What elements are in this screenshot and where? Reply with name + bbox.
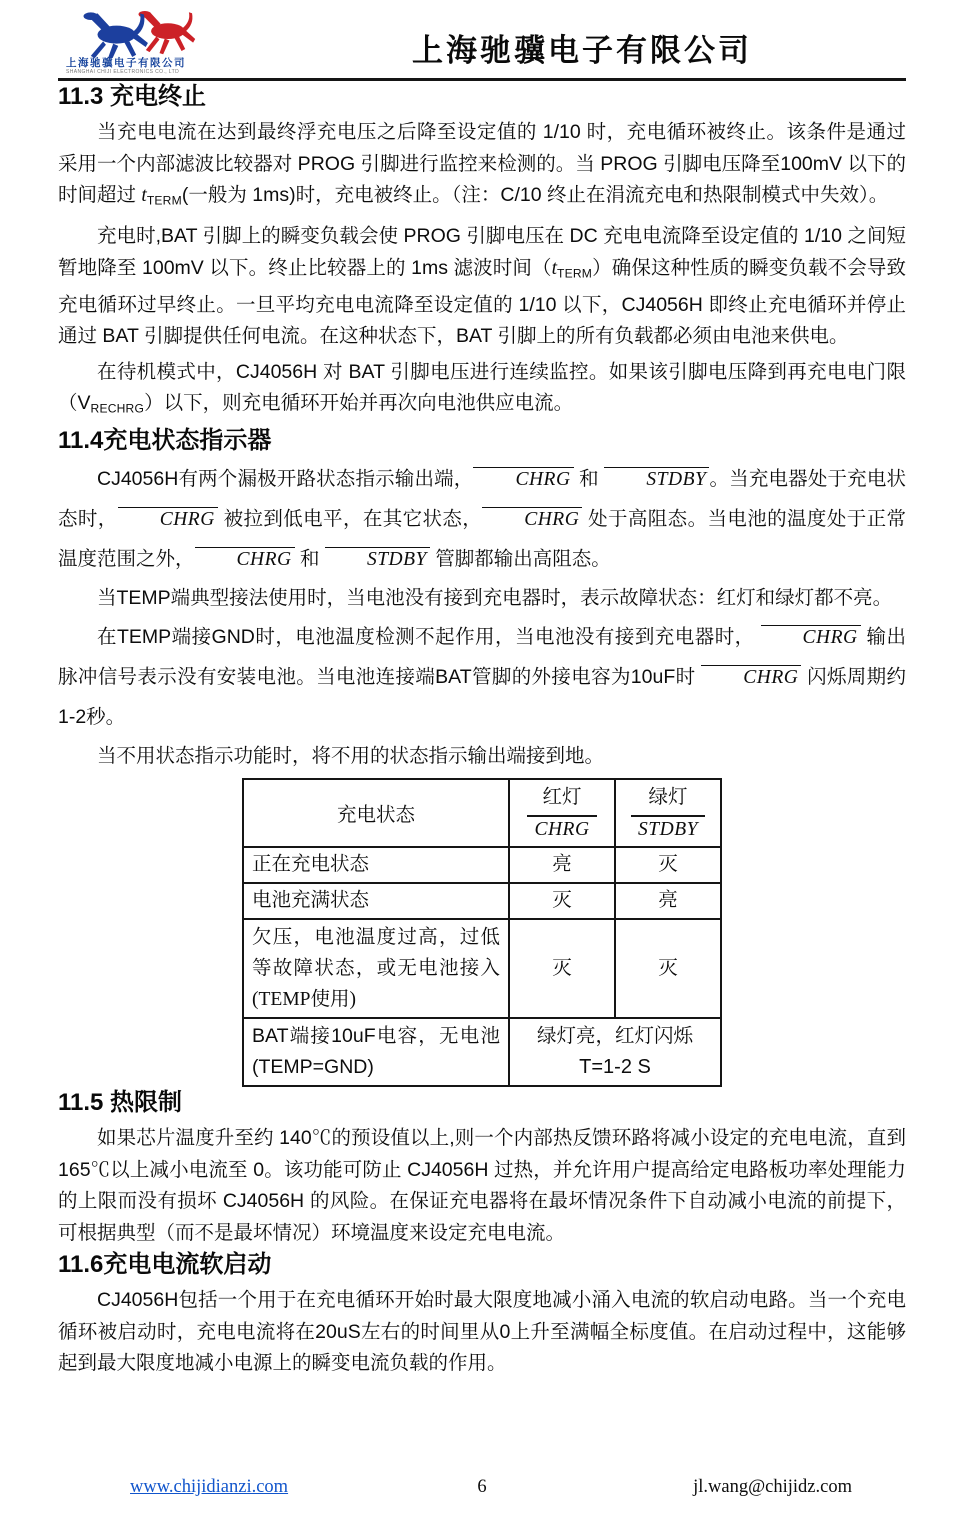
red-horse-icon [139, 11, 196, 54]
cell-state-fault: 欠压，电池温度过高，过低等故障状态，或无电池接入(TEMP使用) [243, 919, 509, 1018]
section-title-11-5: 11.5 热限制 [58, 1087, 906, 1119]
paragraph-termination-1: 当充电电流在达到最终浮充电压之后降至设定值的 1/10 时，充电循环被终止。该条… [58, 117, 906, 217]
text-segment: 被拉到低电平，在其它状态， [218, 508, 482, 530]
cell-result-no-battery: 绿灯亮，红灯闪烁 T=1-2 S [509, 1018, 721, 1086]
chrg-signal-label: CHRG [527, 815, 596, 840]
text-segment: 管脚都输出高阻态。 [430, 548, 611, 570]
blue-horse-icon [84, 12, 148, 58]
overline-signal-text: STDBY [325, 547, 430, 570]
cell-red-full: 灭 [509, 883, 615, 919]
table-row: 正在充电状态 亮 灭 [243, 847, 721, 883]
section-title-11-3: 11.3 充电终止 [58, 81, 906, 113]
logo-company-name-en: SHANGHAI CHIJI ELECTRONICS CO., LTD [66, 69, 218, 76]
header-cell-charge-state: 充电状态 [243, 779, 509, 847]
green-led-label: 绿灯 [624, 785, 712, 811]
table-row: 电池充满状态 灭 亮 [243, 883, 721, 919]
company-title: 上海驰骥电子有限公司 [258, 25, 906, 70]
document-body: 11.3 充电终止 当充电电流在达到最终浮充电压之后降至设定值的 1/10 时，… [0, 81, 964, 1380]
cell-green-charging: 灭 [615, 847, 721, 883]
page-footer: www.chijidianzi.com 6 jl.wang@chijidz.co… [0, 1477, 964, 1501]
datasheet-page: 上海驰骥电子有限公司 SHANGHAI CHIJI ELECTRONICS CO… [0, 0, 964, 1515]
text-segment: 和 [574, 468, 605, 490]
cell-state-full: 电池充满状态 [243, 883, 509, 919]
table-row: BAT端接10uF电容，无电池(TEMP=GND) 绿灯亮，红灯闪烁 T=1-2… [243, 1018, 721, 1086]
overline-signal-text: STDBY [604, 467, 709, 490]
section-title-11-4: 11.4充电状态指示器 [58, 425, 906, 457]
paragraph-indicator-1: CJ4056H有两个漏极开路状态指示输出端，CHRG 和 STDBY。当充电器处… [58, 459, 906, 579]
cell-red-charging: 亮 [509, 847, 615, 883]
result-line-2: T=1-2 S [518, 1052, 712, 1083]
overline-signal-text: CHRG [482, 507, 582, 530]
company-logo: 上海驰骥电子有限公司 SHANGHAI CHIJI ELECTRONICS CO… [66, 6, 218, 76]
overline-signal-text: CHRG [761, 625, 861, 648]
stdby-signal-label: STDBY [631, 815, 705, 840]
red-led-label: 红灯 [518, 785, 606, 811]
paragraph-indicator-2: 当TEMP端典型接法使用时，当电池没有接到充电器时，表示故障状态：红灯和绿灯都不… [58, 583, 906, 615]
text-segment: ）以下，则充电循环开始并再次向电池供应电流。 [144, 392, 573, 414]
table-row: 欠压，电池温度过高，过低等故障状态，或无电池接入(TEMP使用) 灭 灭 [243, 919, 721, 1018]
text-segment: 在TEMP端接GND时，电池温度检测不起作用，当电池没有接到充电器时， [97, 626, 761, 648]
paragraph-termination-3: 在待机模式中，CJ4056H 对 BAT 引脚电压进行连续监控。如果该引脚电压降… [58, 357, 906, 426]
cell-state-no-battery: BAT端接10uF电容，无电池(TEMP=GND) [243, 1018, 509, 1086]
subscript-text: RECHRG [91, 402, 145, 416]
subscript-text: TERM [147, 194, 182, 208]
header-cell-green-led: 绿灯 STDBY [615, 779, 721, 847]
text-segment: CJ4056H有两个漏极开路状态指示输出端， [97, 468, 473, 490]
cell-state-charging: 正在充电状态 [243, 847, 509, 883]
horses-logo-icon [66, 6, 216, 58]
overline-signal-text: CHRG [473, 467, 573, 490]
subscript-text: TERM [557, 266, 592, 280]
logo-company-name-cn: 上海驰骥电子有限公司 [66, 58, 218, 69]
overline-signal-text: CHRG [195, 547, 295, 570]
paragraph-indicator-4: 当不用状态指示功能时，将不用的状态指示输出端接到地。 [58, 741, 906, 773]
header-cell-red-led: 红灯 CHRG [509, 779, 615, 847]
cell-green-full: 亮 [615, 883, 721, 919]
paragraph-indicator-3: 在TEMP端接GND时，电池温度检测不起作用，当电池没有接到充电器时， CHRG… [58, 617, 906, 737]
paragraph-softstart-1: CJ4056H包括一个用于在充电循环开始时最大限度地减小涌入电流的软启动电路。当… [58, 1285, 906, 1380]
cell-green-fault: 灭 [615, 919, 721, 1018]
text-segment: 和 [295, 548, 325, 570]
paragraph-termination-2: 充电时,BAT 引脚上的瞬变负载会使 PROG 引脚电压在 DC 充电电流降至设… [58, 221, 906, 353]
contact-email: jl.wang@chijidz.com [693, 1477, 852, 1498]
text-segment: (一般为 1ms)时，充电被终止。（注：C/10 终止在涓流充电和热限制模式中失… [182, 184, 888, 206]
result-line-1: 绿灯亮，红灯闪烁 [518, 1021, 712, 1052]
section-title-11-6: 11.6充电电流软启动 [58, 1249, 906, 1281]
overline-signal-text: CHRG [701, 665, 801, 688]
charge-status-table: 充电状态 红灯 CHRG 绿灯 STDBY 正在充电状态 亮 灭 [242, 778, 722, 1087]
table-header-row: 充电状态 红灯 CHRG 绿灯 STDBY [243, 779, 721, 847]
overline-signal-text: CHRG [118, 507, 218, 530]
cell-red-fault: 灭 [509, 919, 615, 1018]
page-header: 上海驰骥电子有限公司 SHANGHAI CHIJI ELECTRONICS CO… [58, 0, 906, 81]
paragraph-thermal-1: 如果芯片温度升至约 140℃的预设值以上,则一个内部热反馈环路将减小设定的充电电… [58, 1123, 906, 1249]
